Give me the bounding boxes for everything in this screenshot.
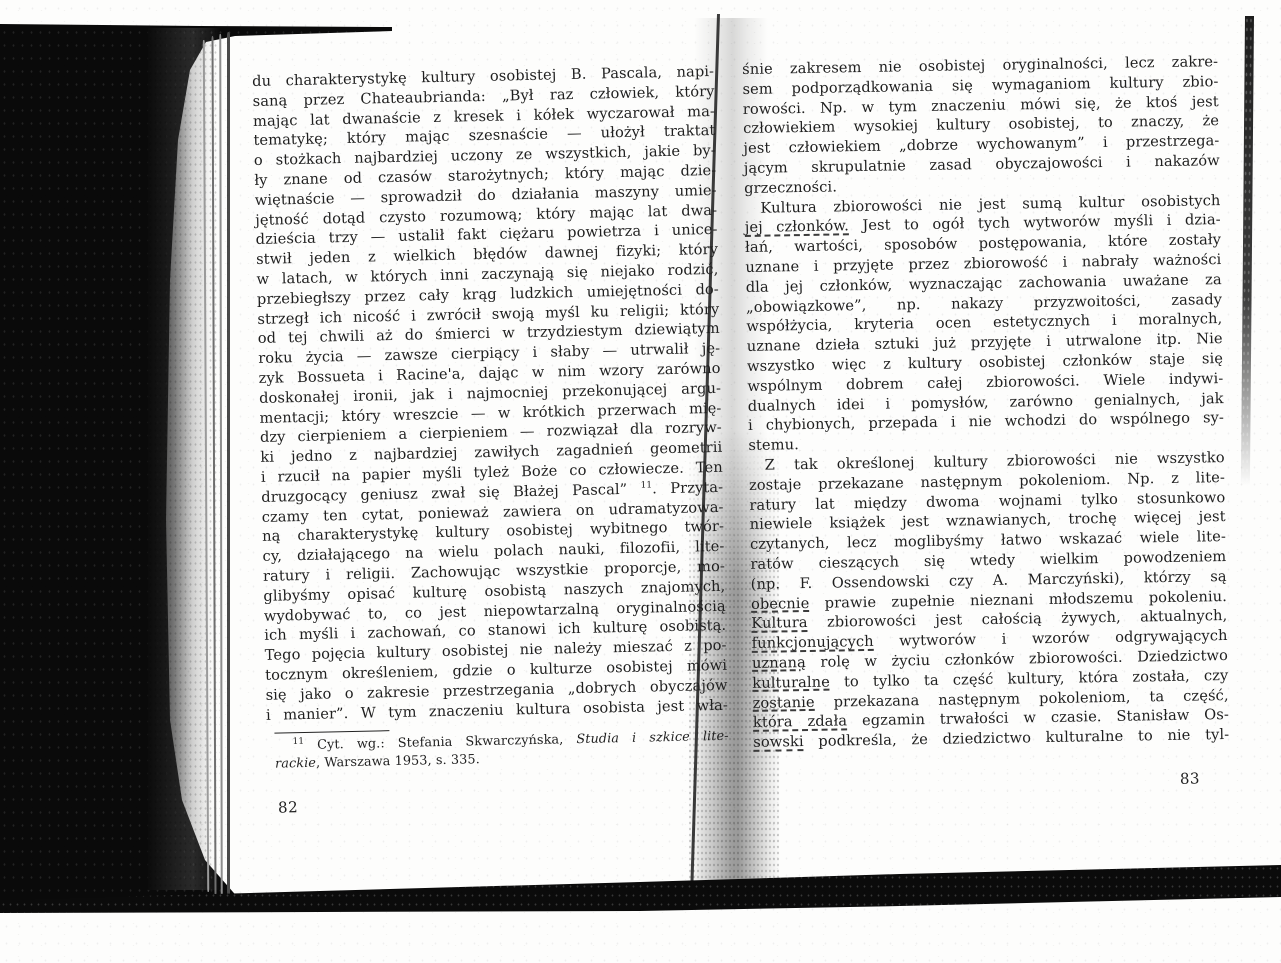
right-page-body: śnie zakresem nie osobistej oryginalnośc… <box>742 52 1229 753</box>
right-page-edge-line <box>1241 16 1254 486</box>
footnote: 11 Cyt. wg.: Stefania Skwarczyńska, Stud… <box>275 728 730 773</box>
page-edge-line <box>227 32 230 906</box>
footnote-rule <box>274 730 389 734</box>
left-page: du charakterystykę kultury osobistej B. … <box>252 62 730 819</box>
page-number: 83 <box>754 769 1230 797</box>
left-page-body: du charakterystykę kultury osobistej B. … <box>252 62 728 725</box>
page-stack-shadow <box>148 28 220 890</box>
right-page: śnie zakresem nie osobistej oryginalnośc… <box>742 52 1230 796</box>
book-scan: du charakterystykę kultury osobistej B. … <box>0 0 1281 963</box>
page-edge-line <box>219 34 222 900</box>
page-number: 82 <box>268 789 730 819</box>
